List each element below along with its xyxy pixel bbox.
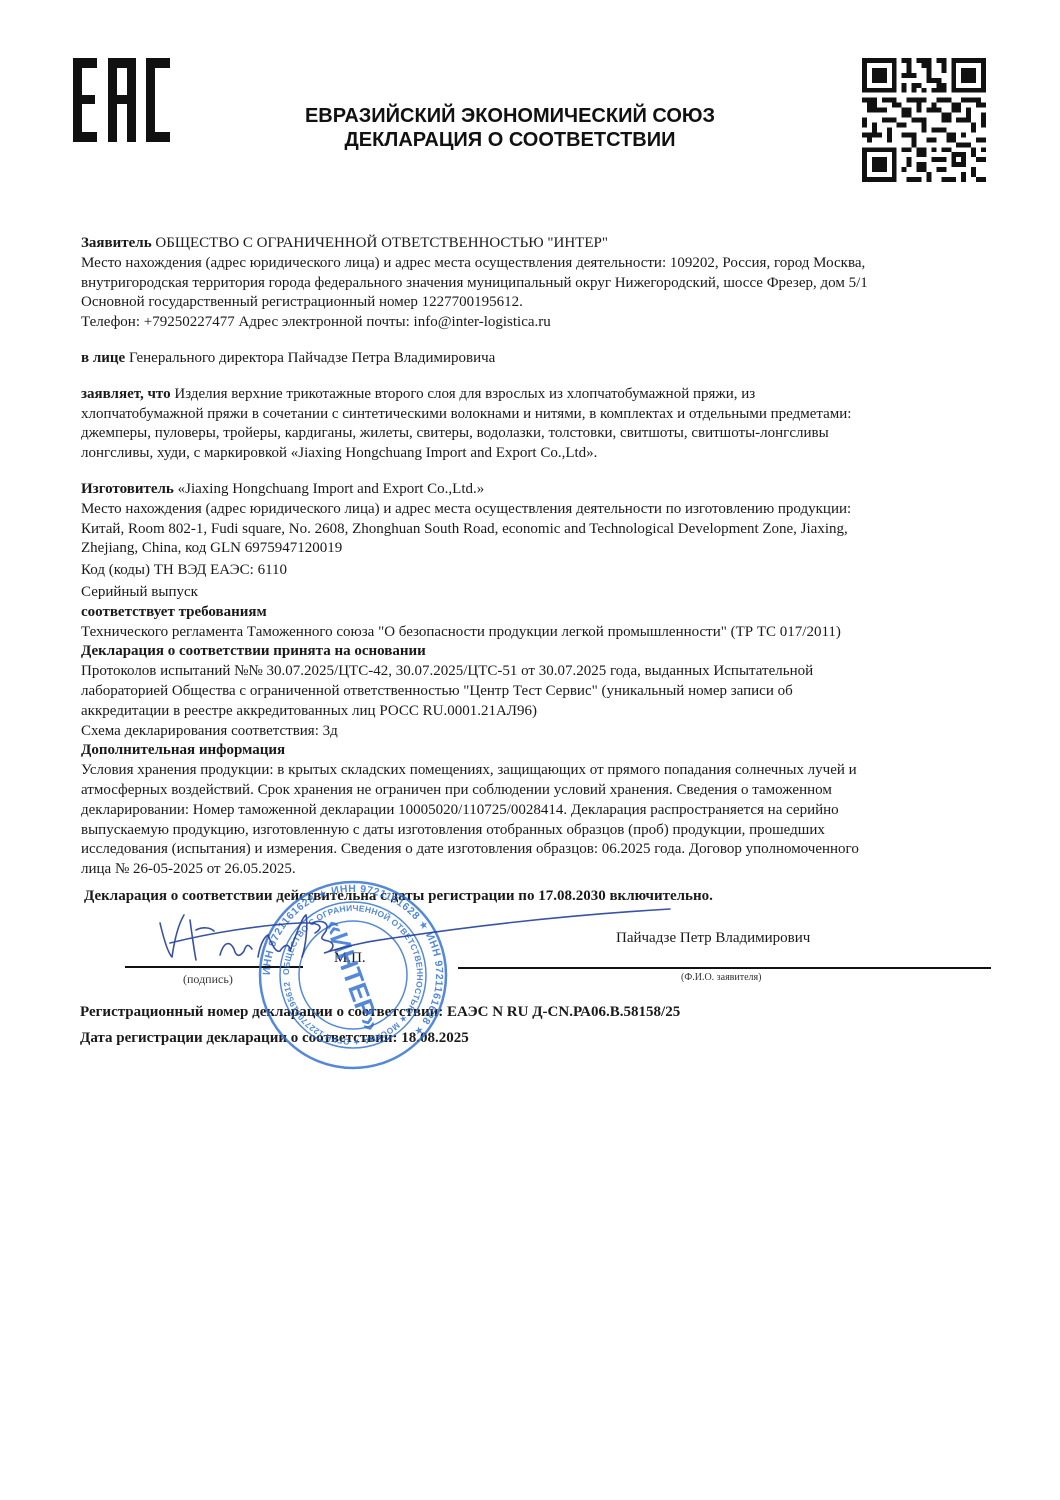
additional-label: Дополнительная информация: [81, 741, 996, 761]
document-title: ЕВРАЗИЙСКИЙ ЭКОНОМИЧЕСКИЙ СОЮЗ ДЕКЛАРАЦИ…: [270, 104, 750, 152]
declares-line4: лонгсливы, худи, с маркировкой «Jiaxing …: [81, 444, 996, 464]
manufacturer-section: Изготовитель «Jiaxing Hongchuang Import …: [81, 480, 996, 559]
declares-line3: джемперы, пуловеры, тройеры, кардиганы, …: [81, 424, 996, 444]
seal-place-label: М.П.: [334, 950, 366, 967]
additional-line6: лица № 26-05-2025 от 26.05.2025.: [81, 860, 996, 880]
manufacturer-name: «Jiaxing Hongchuang Import and Export Co…: [174, 481, 484, 497]
additional-line4: выпускаемую продукцию, изготовленную с д…: [81, 821, 996, 841]
applicant-address-line1: Место нахождения (адрес юридического лиц…: [81, 254, 996, 274]
name-caption: (Ф.И.О. заявителя): [681, 972, 761, 983]
applicant-ogrn: Основной государственный регистрационный…: [81, 293, 996, 313]
additional-line1: Условия хранения продукции: в крытых скл…: [81, 761, 996, 781]
additional-line5: исследования (испытания) и измерения. Св…: [81, 840, 996, 860]
manufacturer-label: Изготовитель: [81, 481, 174, 497]
additional-line3: декларировании: Номер таможенной деклара…: [81, 801, 996, 821]
manufacturer-address-line2: Китай, Room 802-1, Fudi square, No. 2608…: [81, 520, 996, 540]
document-body: Заявитель ОБЩЕСТВО С ОГРАНИЧЕННОЙ ОТВЕТС…: [81, 234, 996, 880]
declares-label: заявляет, что: [81, 386, 171, 402]
validity-statement: Декларация о соответствии действительна …: [84, 888, 713, 905]
additional-line2: атмосферных воздействий. Срок хранения н…: [81, 781, 996, 801]
signature-caption: (подпись): [183, 972, 233, 987]
declares-line1: Изделия верхние трикотажные второго слоя…: [171, 386, 756, 402]
requirements-text: Технического регламента Таможенного союз…: [81, 623, 996, 643]
basis-line3: аккредитации в реестре аккредитованных л…: [81, 702, 996, 722]
manufacturer-address-line3: Zhejiang, China, код GLN 6975947120019: [81, 539, 996, 559]
applicant-label: Заявитель: [81, 235, 152, 251]
declares-section: заявляет, что Изделия верхние трикотажны…: [81, 385, 996, 464]
representative-label: в лице: [81, 350, 125, 366]
signer-name: Пайчадзе Петр Владимирович: [616, 930, 810, 947]
declares-line2: хлопчатобумажной пряжи в сочетании с син…: [81, 405, 996, 425]
applicant-contacts: Телефон: +79250227477 Адрес электронной …: [81, 313, 996, 333]
declaration-scheme: Схема декларирования соответствия: 3д: [81, 722, 996, 742]
title-declaration: ДЕКЛАРАЦИЯ О СООТВЕТСТВИИ: [270, 128, 750, 152]
title-union: ЕВРАЗИЙСКИЙ ЭКОНОМИЧЕСКИЙ СОЮЗ: [270, 104, 750, 128]
applicant-name: ОБЩЕСТВО С ОГРАНИЧЕННОЙ ОТВЕТСТВЕННОСТЬЮ…: [152, 235, 608, 251]
representative-section: в лице Генерального директора Пайчадзе П…: [81, 349, 996, 369]
basis-label: Декларация о соответствии принята на осн…: [81, 642, 996, 662]
eac-logo-icon: [72, 58, 172, 142]
qr-code-icon[interactable]: [862, 58, 986, 182]
additional-info-section: Дополнительная информация Условия хранен…: [81, 741, 996, 880]
basis-line2: лабораторией Общества с ограниченной отв…: [81, 682, 996, 702]
representative-text: Генерального директора Пайчадзе Петра Вл…: [125, 350, 495, 366]
applicant-address-line2: внутригородская территория города федера…: [81, 274, 996, 294]
signature-line: [125, 966, 303, 968]
requirements-section: соответствует требованиям Технического р…: [81, 603, 996, 643]
manufacturer-address-line1: Место нахождения (адрес юридического лиц…: [81, 500, 996, 520]
requirements-label: соответствует требованиям: [81, 603, 996, 623]
name-line: [458, 967, 991, 969]
applicant-section: Заявитель ОБЩЕСТВО С ОГРАНИЧЕННОЙ ОТВЕТС…: [81, 234, 996, 333]
basis-line1: Протоколов испытаний №№ 30.07.2025/ЦТС-4…: [81, 662, 996, 682]
registration-number: Регистрационный номер декларации о соотв…: [80, 1004, 680, 1021]
registration-date: Дата регистрации декларации о соответств…: [80, 1030, 469, 1047]
basis-section: Декларация о соответствии принята на осн…: [81, 642, 996, 741]
production-type: Серийный выпуск: [81, 583, 996, 603]
tnved-code: Код (коды) ТН ВЭД ЕАЭС: 6110: [81, 561, 996, 581]
